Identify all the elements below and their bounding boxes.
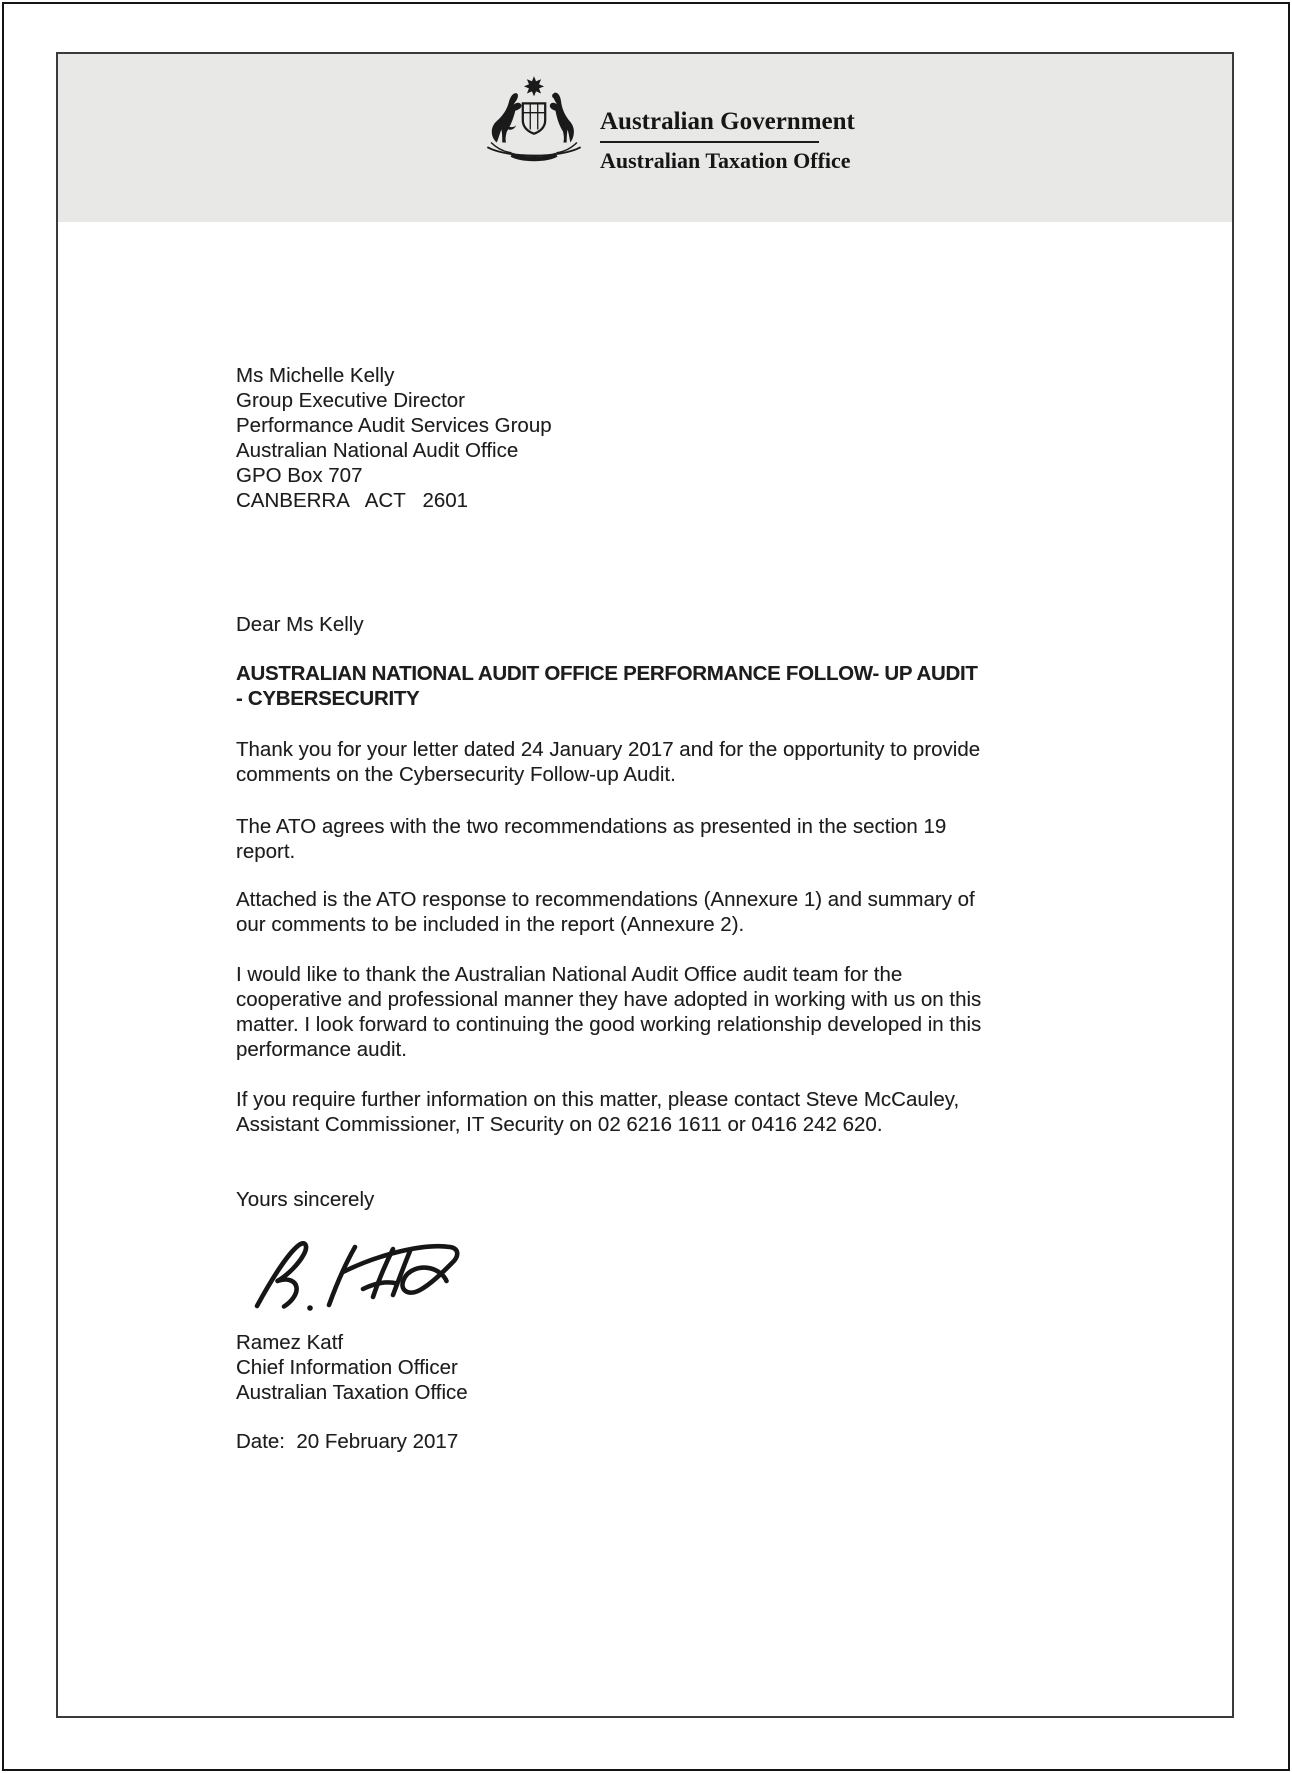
australian-coat-of-arms-icon <box>478 74 590 170</box>
signatory-line: Chief Information Officer <box>236 1355 1036 1380</box>
address-line: Group Executive Director <box>236 388 1036 413</box>
date-line: Date: 20 February 2017 <box>236 1429 1036 1454</box>
subject-line: AUSTRALIAN NATIONAL AUDIT OFFICE PERFORM… <box>236 661 1036 686</box>
address-line: Australian National Audit Office <box>236 438 1036 463</box>
letter-body: Ms Michelle KellyGroup Executive Directo… <box>236 363 1036 1454</box>
paragraph-line: cooperative and professional manner they… <box>236 987 1036 1012</box>
signatory-block: Ramez KatfChief Information OfficerAustr… <box>236 1330 1036 1405</box>
letterhead: Australian Government Australian Taxatio… <box>58 54 1232 222</box>
paragraph-line: The ATO agrees with the two recommendati… <box>236 814 1036 839</box>
address-line: CANBERRA ACT 2601 <box>236 488 1036 513</box>
paragraph-line: Attached is the ATO response to recommen… <box>236 887 1036 912</box>
paragraph-line: I would like to thank the Australian Nat… <box>236 962 1036 987</box>
agency-name: Australian Taxation Office <box>600 148 851 174</box>
subject-line: - CYBERSECURITY <box>236 686 1036 711</box>
paragraph-line: Assistant Commissioner, IT Security on 0… <box>236 1112 1036 1137</box>
subject-heading: AUSTRALIAN NATIONAL AUDIT OFFICE PERFORM… <box>236 661 1036 711</box>
paragraph: If you require further information on th… <box>236 1087 1036 1137</box>
address-line: Ms Michelle Kelly <box>236 363 1036 388</box>
address-line: Performance Audit Services Group <box>236 413 1036 438</box>
signature-icon <box>247 1232 462 1322</box>
address-line: GPO Box 707 <box>236 463 1036 488</box>
letterhead-divider <box>600 141 819 143</box>
paragraph-line: If you require further information on th… <box>236 1087 1036 1112</box>
recipient-address: Ms Michelle KellyGroup Executive Directo… <box>236 363 1036 513</box>
paragraph: Thank you for your letter dated 24 Janua… <box>236 737 1036 787</box>
valediction: Yours sincerely <box>236 1187 1036 1212</box>
paragraph: I would like to thank the Australian Nat… <box>236 962 1036 1062</box>
paragraph: The ATO agrees with the two recommendati… <box>236 814 1036 864</box>
paragraph-line: report. <box>236 839 1036 864</box>
paragraph: Attached is the ATO response to recommen… <box>236 887 1036 937</box>
paragraph-line: matter. I look forward to continuing the… <box>236 1012 1036 1037</box>
signatory-line: Ramez Katf <box>236 1330 1036 1355</box>
government-name: Australian Government <box>600 108 855 136</box>
paragraph-line: performance audit. <box>236 1037 1036 1062</box>
paragraph-line: comments on the Cybersecurity Follow-up … <box>236 762 1036 787</box>
paragraph-line: Thank you for your letter dated 24 Janua… <box>236 737 1036 762</box>
paragraph-line: our comments to be included in the repor… <box>236 912 1036 937</box>
signatory-line: Australian Taxation Office <box>236 1380 1036 1405</box>
letter-page: Australian Government Australian Taxatio… <box>56 52 1234 1718</box>
salutation: Dear Ms Kelly <box>236 612 1036 637</box>
